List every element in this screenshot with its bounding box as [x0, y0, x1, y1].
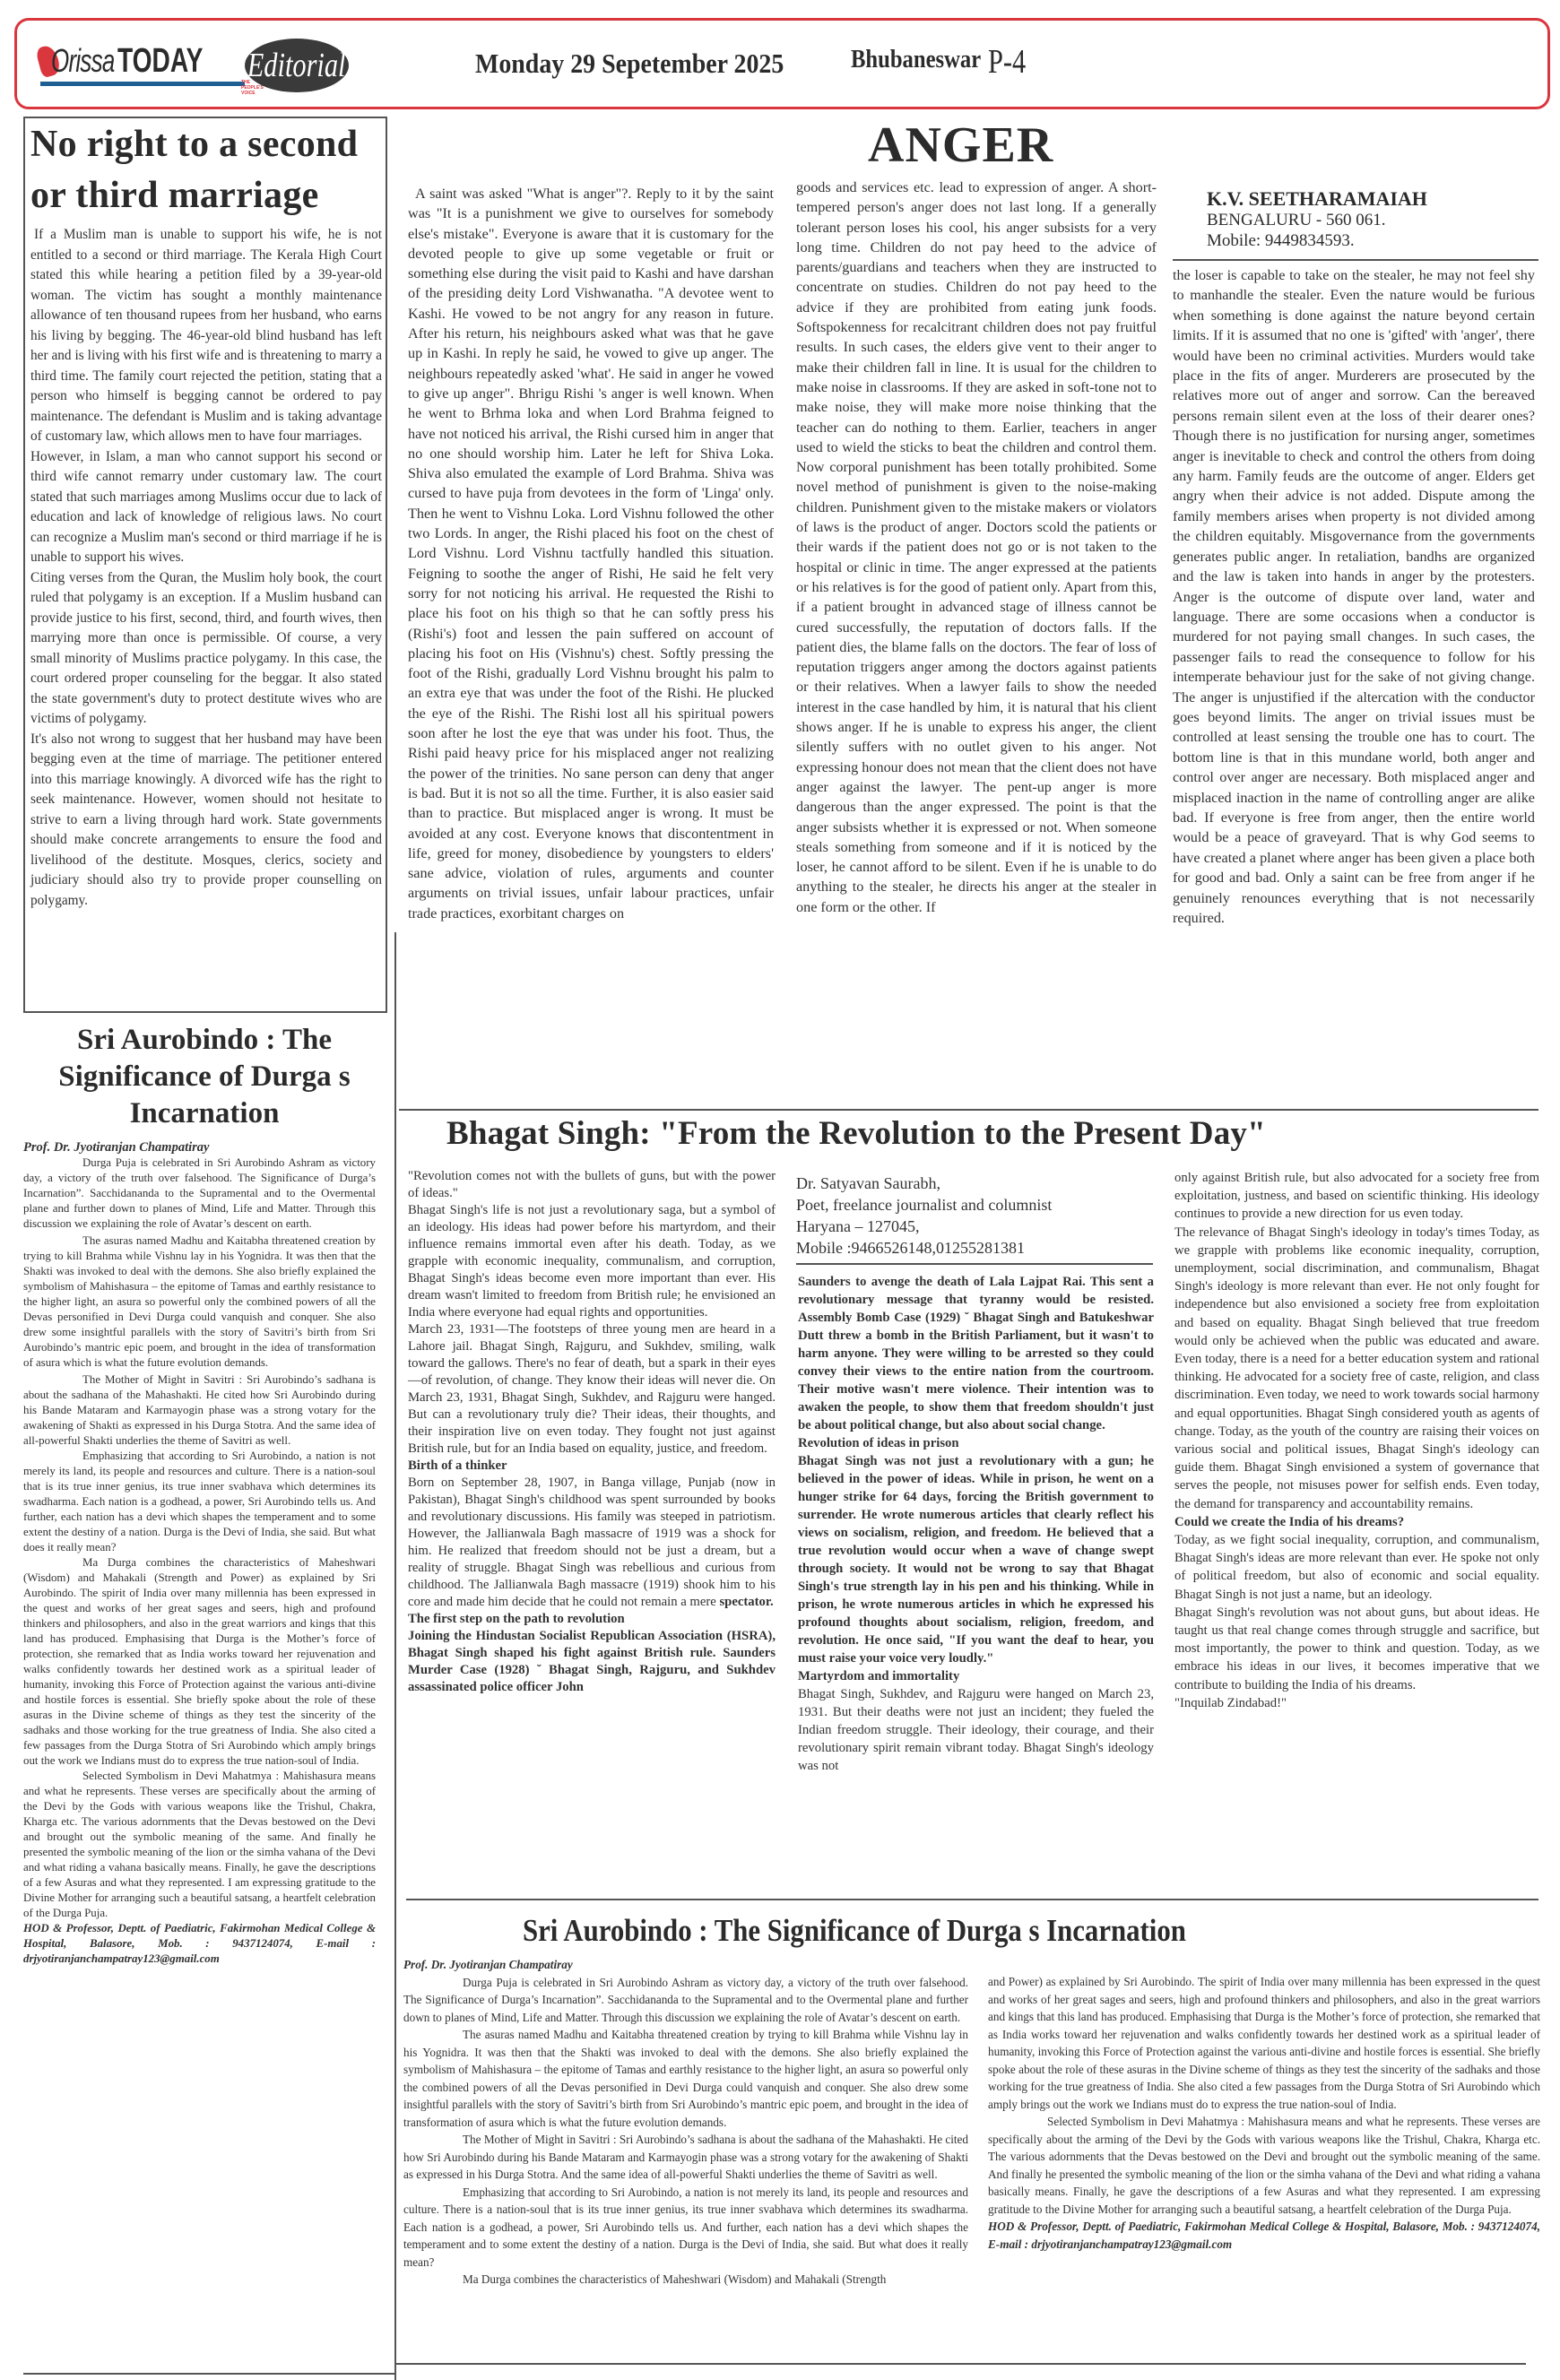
paragraph: and Power) as explained by Sri Aurobindo… — [988, 1973, 1540, 2113]
paragraph: Durga Puja is celebrated in Sri Aurobind… — [403, 1974, 968, 2027]
paragraph: Joining the Hindustan Socialist Republic… — [408, 1628, 776, 1696]
paragraph: If a Muslim man is unable to support his… — [30, 225, 382, 447]
paragraph: The asuras named Madhu and Kaitabha thre… — [23, 1233, 376, 1371]
article-aurobindo-bottom-col-2: and Power) as explained by Sri Aurobindo… — [988, 1973, 1540, 2253]
column-rule-left — [394, 932, 396, 2380]
paragraph: Emphasizing that according to Sri Aurobi… — [23, 1449, 376, 1555]
article-marriage-title: No right to a second or third marriage — [30, 119, 385, 221]
article-bhagat-col-1: "Revolution comes not with the bullets o… — [408, 1168, 776, 1696]
title-line-1: No right to a second — [30, 124, 358, 165]
newspaper-logo: Orissa TODAY THE PEOPLE'S VOICE — [39, 42, 272, 87]
author-signature: HOD & Professor, Deptt. of Paediatric, F… — [23, 1921, 376, 1967]
issue-date: Monday 29 Sepetember 2025 — [475, 48, 784, 80]
paragraph: The asuras named Madhu and Kaitabha thre… — [403, 2026, 968, 2131]
page-bottom-rule — [394, 2363, 1526, 2365]
paragraph: Saunders to avenge the death of Lala Laj… — [798, 1273, 1154, 1434]
author-mobile: Mobile :9466526148,01255281381 — [796, 1237, 1052, 1259]
edition-city: Bhubaneswar — [851, 46, 981, 74]
author-divider — [796, 1263, 1153, 1265]
masthead: Orissa TODAY THE PEOPLE'S VOICE Editoria… — [14, 18, 1550, 109]
author-role: Poet, freelance journalist and columnist — [796, 1194, 1052, 1216]
author-city: BENGALURU - 560 061. — [1207, 210, 1427, 230]
author-name: K.V. SEETHARAMAIAH — [1207, 188, 1427, 210]
article-bhagat-author: Dr. Satyavan Saurabh, Poet, freelance jo… — [796, 1173, 1052, 1259]
article-bhagat-col-2: Saunders to avenge the death of Lala Laj… — [798, 1273, 1154, 1775]
bhagat-bottom-rule — [406, 1899, 1538, 1900]
page-number: P-4 — [988, 42, 1026, 82]
paragraph: Bhagat Singh, Sukhdev, and Rajguru were … — [798, 1685, 1154, 1775]
subheading: Could we create the India of his dreams? — [1174, 1513, 1539, 1531]
author-place: Haryana – 127045, — [796, 1216, 1052, 1237]
paragraph: The Mother of Might in Savitri : Sri Aur… — [23, 1372, 376, 1449]
paragraph: Bhagat Singh was not just a revolutionar… — [798, 1452, 1154, 1667]
author-signature: HOD & Professor, Deptt. of Paediatric, F… — [988, 2218, 1540, 2253]
article-marriage-body: If a Muslim man is unable to support his… — [30, 225, 382, 911]
byline: Prof. Dr. Jyotiranjan Champatiray — [23, 1140, 376, 1155]
paragraph: Born on September 28, 1907, in Banga vil… — [408, 1475, 776, 1611]
subheading: Birth of a thinker — [408, 1458, 776, 1475]
byline: Prof. Dr. Jyotiranjan Champatiray — [403, 1956, 968, 1974]
logo-word-today: TODAY — [117, 42, 203, 81]
article-anger-title: ANGER — [868, 118, 1053, 172]
paragraph: However, in Islam, a man who cannot supp… — [30, 447, 382, 568]
paragraph: Durga Puja is celebrated in Sri Aurobind… — [23, 1155, 376, 1232]
paragraph: Emphasizing that according to Sri Aurobi… — [403, 2184, 968, 2272]
paragraph: Citing verses from the Quran, the Muslim… — [30, 568, 382, 730]
paragraph: only against British rule, but also advo… — [1174, 1169, 1539, 1224]
logo-underline-bar — [40, 82, 245, 86]
author-mobile: Mobile: 9449834593. — [1207, 230, 1427, 251]
article-anger-author: K.V. SEETHARAMAIAH BENGALURU - 560 061. … — [1207, 188, 1427, 251]
article-anger-col-1: A saint was asked "What is anger"?. Repl… — [408, 184, 774, 923]
subheading: The first step on the path to revolution — [408, 1611, 776, 1628]
paragraph: The relevance of Bhagat Singh's ideology… — [1174, 1224, 1539, 1513]
article-aurobindo-bottom-col-1: Prof. Dr. Jyotiranjan Champatiray Durga … — [403, 1956, 968, 2289]
paragraph: Selected Symbolism in Devi Mahatmya : Ma… — [23, 1769, 376, 1921]
paragraph: Ma Durga combines the characteristics of… — [23, 1555, 376, 1769]
logo-word-orissa: Orissa — [51, 42, 115, 80]
article-aurobindo-left-body: Prof. Dr. Jyotiranjan Champatiray Durga … — [23, 1140, 376, 1967]
anger-bottom-rule — [399, 1109, 1538, 1111]
paragraph: Selected Symbolism in Devi Mahatmya : Ma… — [988, 2113, 1540, 2218]
left-bottom-rule — [23, 2373, 394, 2375]
article-aurobindo-bottom-title: Sri Aurobindo : The Significance of Durg… — [523, 1911, 1186, 1951]
article-aurobindo-left-title: Sri Aurobindo : The Significance of Durg… — [23, 1022, 386, 1132]
closing-slogan: "Inquilab Zindabad!" — [1174, 1694, 1539, 1712]
paragraph-bold-text: spectator. — [719, 1595, 773, 1609]
title-line-2: or third marriage — [30, 175, 319, 216]
article-anger-col-2: goods and services etc. lead to expressi… — [796, 177, 1157, 917]
section-badge-label: Editorial — [247, 46, 346, 85]
subheading: Revolution of ideas in prison — [798, 1434, 1154, 1452]
paragraph: March 23, 1931—The footsteps of three yo… — [408, 1321, 776, 1458]
article-bhagat-col-3: only against British rule, but also advo… — [1174, 1169, 1539, 1712]
article-anger-col-3: the loser is capable to take on the stea… — [1173, 265, 1535, 928]
paragraph: It's also not wrong to suggest that her … — [30, 730, 382, 912]
author-divider — [1173, 259, 1538, 261]
section-badge: Editorial — [245, 39, 349, 92]
opening-quote: "Revolution comes not with the bullets o… — [408, 1168, 776, 1202]
article-bhagat-title: Bhagat Singh: "From the Revolution to th… — [446, 1113, 1266, 1155]
paragraph: Bhagat Singh's revolution was not about … — [1174, 1604, 1539, 1694]
paragraph-text: Born on September 28, 1907, in Banga vil… — [408, 1476, 776, 1609]
subheading: Martyrdom and immortality — [798, 1667, 1154, 1685]
paragraph: Bhagat Singh's life is not just a revolu… — [408, 1202, 776, 1321]
paragraph: The Mother of Might in Savitri : Sri Aur… — [403, 2131, 968, 2184]
author-name: Dr. Satyavan Saurabh, — [796, 1173, 1052, 1194]
paragraph: Ma Durga combines the characteristics of… — [403, 2271, 968, 2289]
paragraph: Today, as we fight social inequality, co… — [1174, 1531, 1539, 1604]
